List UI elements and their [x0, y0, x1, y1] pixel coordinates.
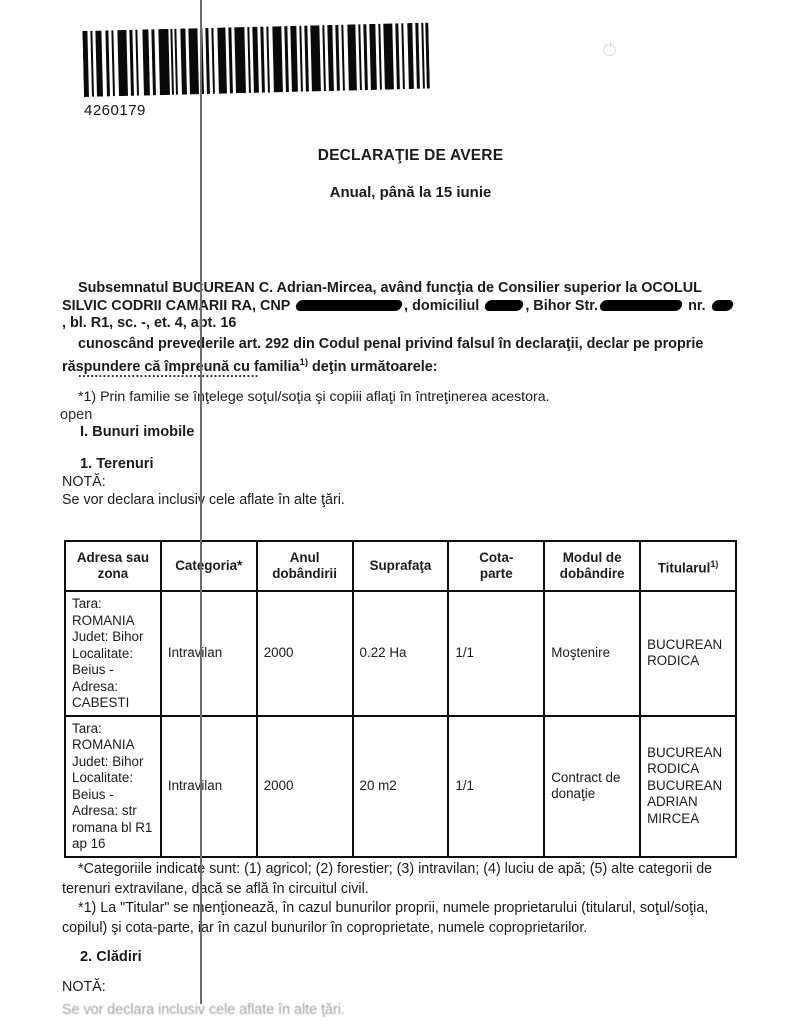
titular-footnote-ref: 1) — [710, 559, 718, 569]
redacted-numar — [710, 300, 734, 311]
footnote-ref-1: 1) — [300, 357, 308, 368]
nota-label: NOTĂ: — [62, 473, 345, 491]
page-subtitle: Anual, până la 15 iunie — [15, 184, 791, 201]
nota-label: NOTĂ: — [62, 978, 106, 996]
footnote-titular: *1) La "Titular" se menţionează, în cazu… — [62, 899, 740, 938]
nota-block-cladiri: NOTĂ: — [62, 978, 106, 996]
section-cladiri: 2. Clădiri — [80, 949, 142, 965]
scanned-document-page: 4260179 DECLARAŢIE DE AVERE Anual, până … — [0, 0, 791, 1024]
cell-anul: 2000 — [257, 716, 353, 857]
intro-text-5: , bl. R1, sc. -, et. 4, apt. 16 — [62, 315, 236, 331]
section-terenuri: 1. Terenuri — [80, 456, 154, 472]
cell-mod: Moştenire — [544, 591, 640, 716]
cell-cota: 1/1 — [448, 591, 544, 716]
table-header-row: Adresa sau zona Categoria* Anul dobândir… — [65, 541, 736, 591]
intro-text-2: , domiciliul — [404, 298, 479, 314]
col-header-titularul: Titularul1) — [640, 541, 736, 591]
cell-anul: 2000 — [257, 591, 353, 716]
col-header-suprafata: Suprafaţa — [353, 541, 449, 591]
table-footnotes: *Categoriile indicate sunt: (1) agricol;… — [62, 860, 740, 938]
col-header-modul: Modul de dobândire — [544, 541, 640, 591]
barcode-number: 4260179 — [84, 102, 432, 119]
barcode-bars-icon — [82, 23, 430, 97]
intro-text-3: , Bihor Str. — [525, 298, 598, 314]
redacted-cnp — [295, 300, 404, 311]
cell-categoria: Intravilan — [161, 591, 257, 716]
cell-categoria: Intravilan — [161, 716, 257, 857]
scan-smudge-mark — [603, 44, 616, 56]
redacted-strada — [599, 300, 684, 311]
dotted-fill-line: ........................................… — [78, 365, 259, 380]
cell-suprafata: 0.22 Ha — [353, 591, 449, 716]
col-header-categoria: Categoria* — [161, 541, 257, 591]
intro-text-4: nr. — [688, 298, 706, 314]
oath-tail: deţin următoarele: — [308, 358, 438, 374]
cell-titular: BUCUREAN RODICA BUCUREAN ADRIAN MIRCEA — [640, 716, 736, 857]
table-row: Tara: ROMANIA Judet: Bihor Localitate: B… — [65, 716, 736, 857]
family-definition-footnote: *1) Prin familie se înţelege soţul/soţia… — [62, 389, 742, 405]
cell-adresa: Tara: ROMANIA Judet: Bihor Localitate: B… — [65, 716, 161, 857]
col-header-adresa: Adresa sau zona — [65, 541, 161, 591]
section-bunuri-imobile: I. Bunuri imobile — [80, 424, 194, 440]
page-title: DECLARAŢIE DE AVERE — [15, 147, 791, 165]
faded-cutoff-text: Se vor declara inclusiv cele aflate în a… — [62, 1002, 345, 1018]
col-header-anul: Anul dobândirii — [257, 541, 353, 591]
cell-adresa: Tara: ROMANIA Judet: Bihor Localitate: B… — [65, 591, 161, 716]
nota-text: Se vor declara inclusiv cele aflate în a… — [62, 491, 345, 509]
table-row: Tara: ROMANIA Judet: Bihor Localitate: B… — [65, 591, 736, 716]
open-text: open — [60, 407, 92, 423]
cell-cota: 1/1 — [448, 716, 544, 857]
intro-paragraph: Subsemnatul BUCUREAN C. Adrian-Mircea, a… — [62, 280, 738, 333]
cell-titular: BUCUREAN RODICA — [640, 591, 736, 716]
cell-suprafata: 20 m2 — [353, 716, 449, 857]
footnote-categories: *Categoriile indicate sunt: (1) agricol;… — [62, 860, 740, 899]
terenuri-table: Adresa sau zona Categoria* Anul dobândir… — [64, 540, 737, 858]
redacted-domiciliu — [484, 300, 525, 311]
col-header-cota: Cota- parte — [448, 541, 544, 591]
nota-block-terenuri: NOTĂ: Se vor declara inclusiv cele aflat… — [62, 473, 345, 509]
barcode: 4260179 — [84, 31, 432, 119]
cell-mod: Contract de donaţie — [544, 716, 640, 857]
